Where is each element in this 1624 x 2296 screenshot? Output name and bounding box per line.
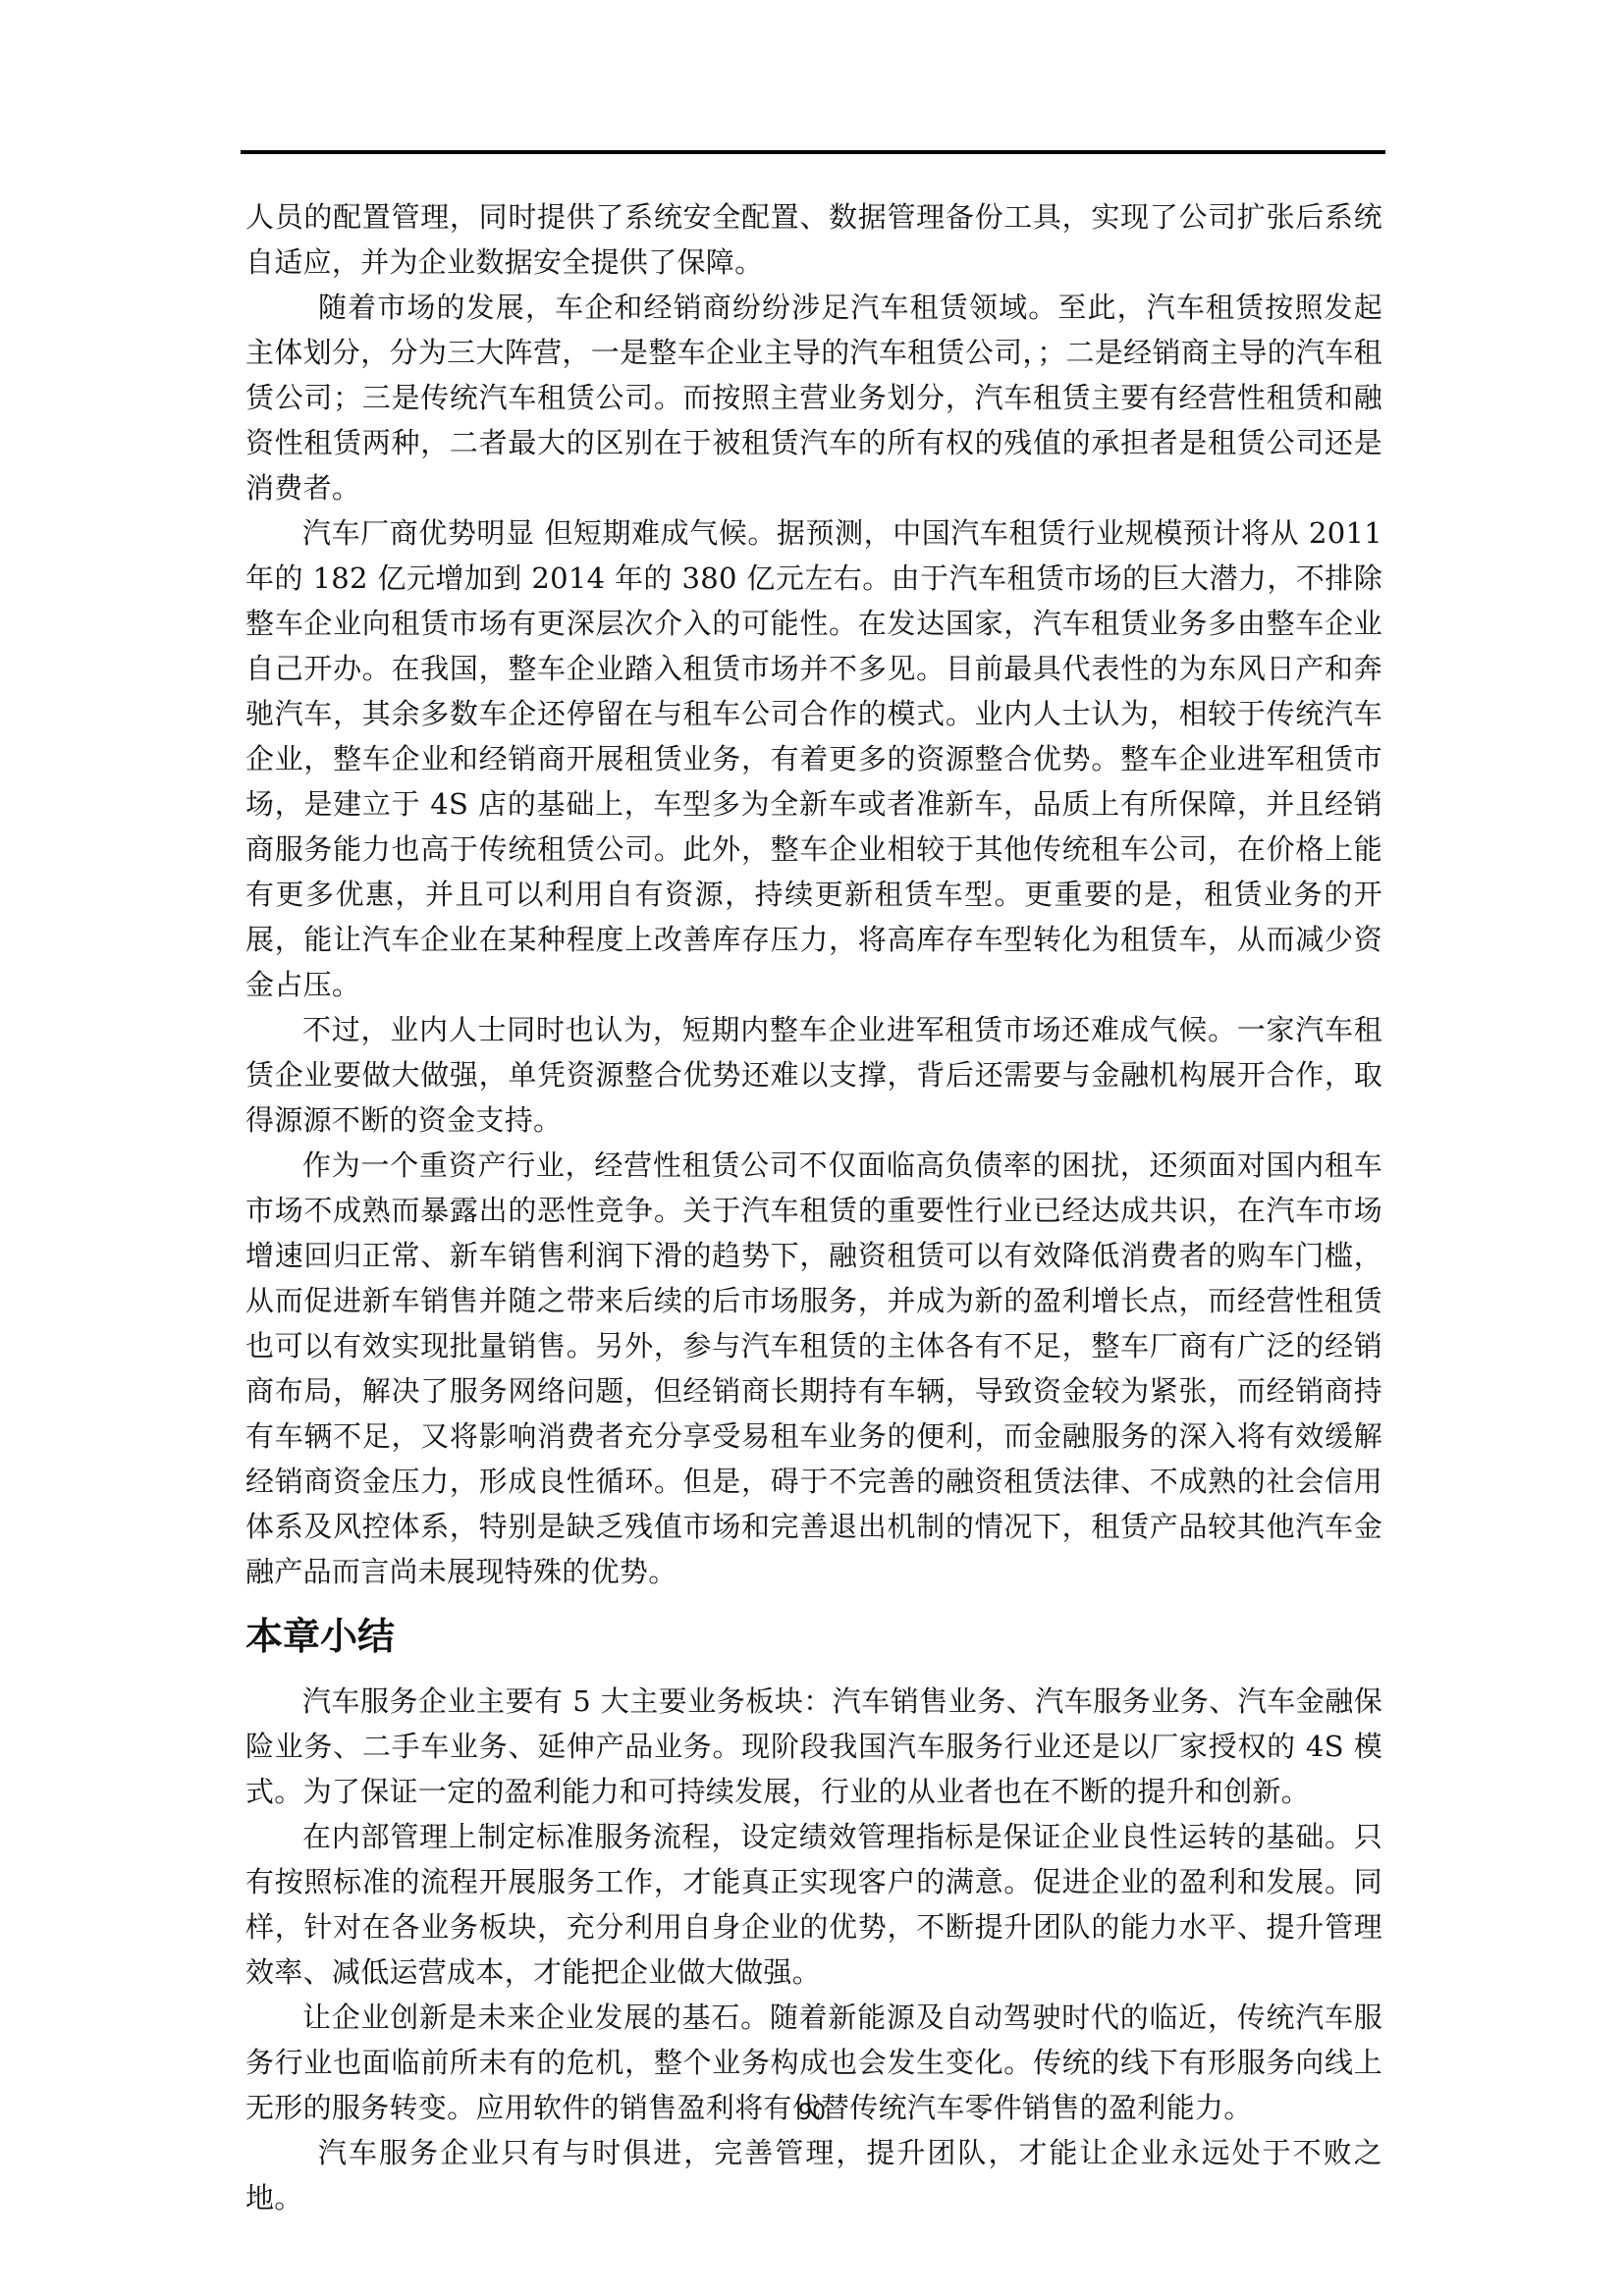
paragraph: 人员的配置管理，同时提供了系统安全配置、数据管理备份工具，实现了公司扩张后系统自… bbox=[245, 194, 1382, 285]
paragraph: 作为一个重资产行业，经营性租赁公司不仅面临高负债率的困扰，还须面对国内租车市场不… bbox=[245, 1143, 1382, 1594]
paragraph: 随着市场的发展，车企和经销商纷纷涉足汽车租赁领域。至此，汽车租赁按照发起主体划分… bbox=[245, 285, 1382, 510]
section-heading: 本章小结 bbox=[245, 1612, 1382, 1661]
header-rule bbox=[241, 150, 1385, 154]
paragraph: 汽车厂商优势明显 但短期难成气候。据预测，中国汽车租赁行业规模预计将从 2011… bbox=[245, 510, 1382, 1007]
paragraph: 汽车服务企业主要有 5 大主要业务板块：汽车销售业务、汽车服务业务、汽车金融保险… bbox=[245, 1679, 1382, 1814]
page-number: 90 bbox=[0, 2101, 1624, 2125]
paragraph: 不过，业内人士同时也认为，短期内整车企业进军租赁市场还难成气候。一家汽车租赁企业… bbox=[245, 1007, 1382, 1143]
paragraph: 在内部管理上制定标准服务流程，设定绩效管理指标是保证企业良性运转的基础。只有按照… bbox=[245, 1814, 1382, 1995]
page-body: 人员的配置管理，同时提供了系统安全配置、数据管理备份工具，实现了公司扩张后系统自… bbox=[245, 194, 1382, 2220]
paragraph: 汽车服务企业只有与时俱进，完善管理，提升团队，才能让企业永远处于不败之地。 bbox=[245, 2130, 1382, 2220]
